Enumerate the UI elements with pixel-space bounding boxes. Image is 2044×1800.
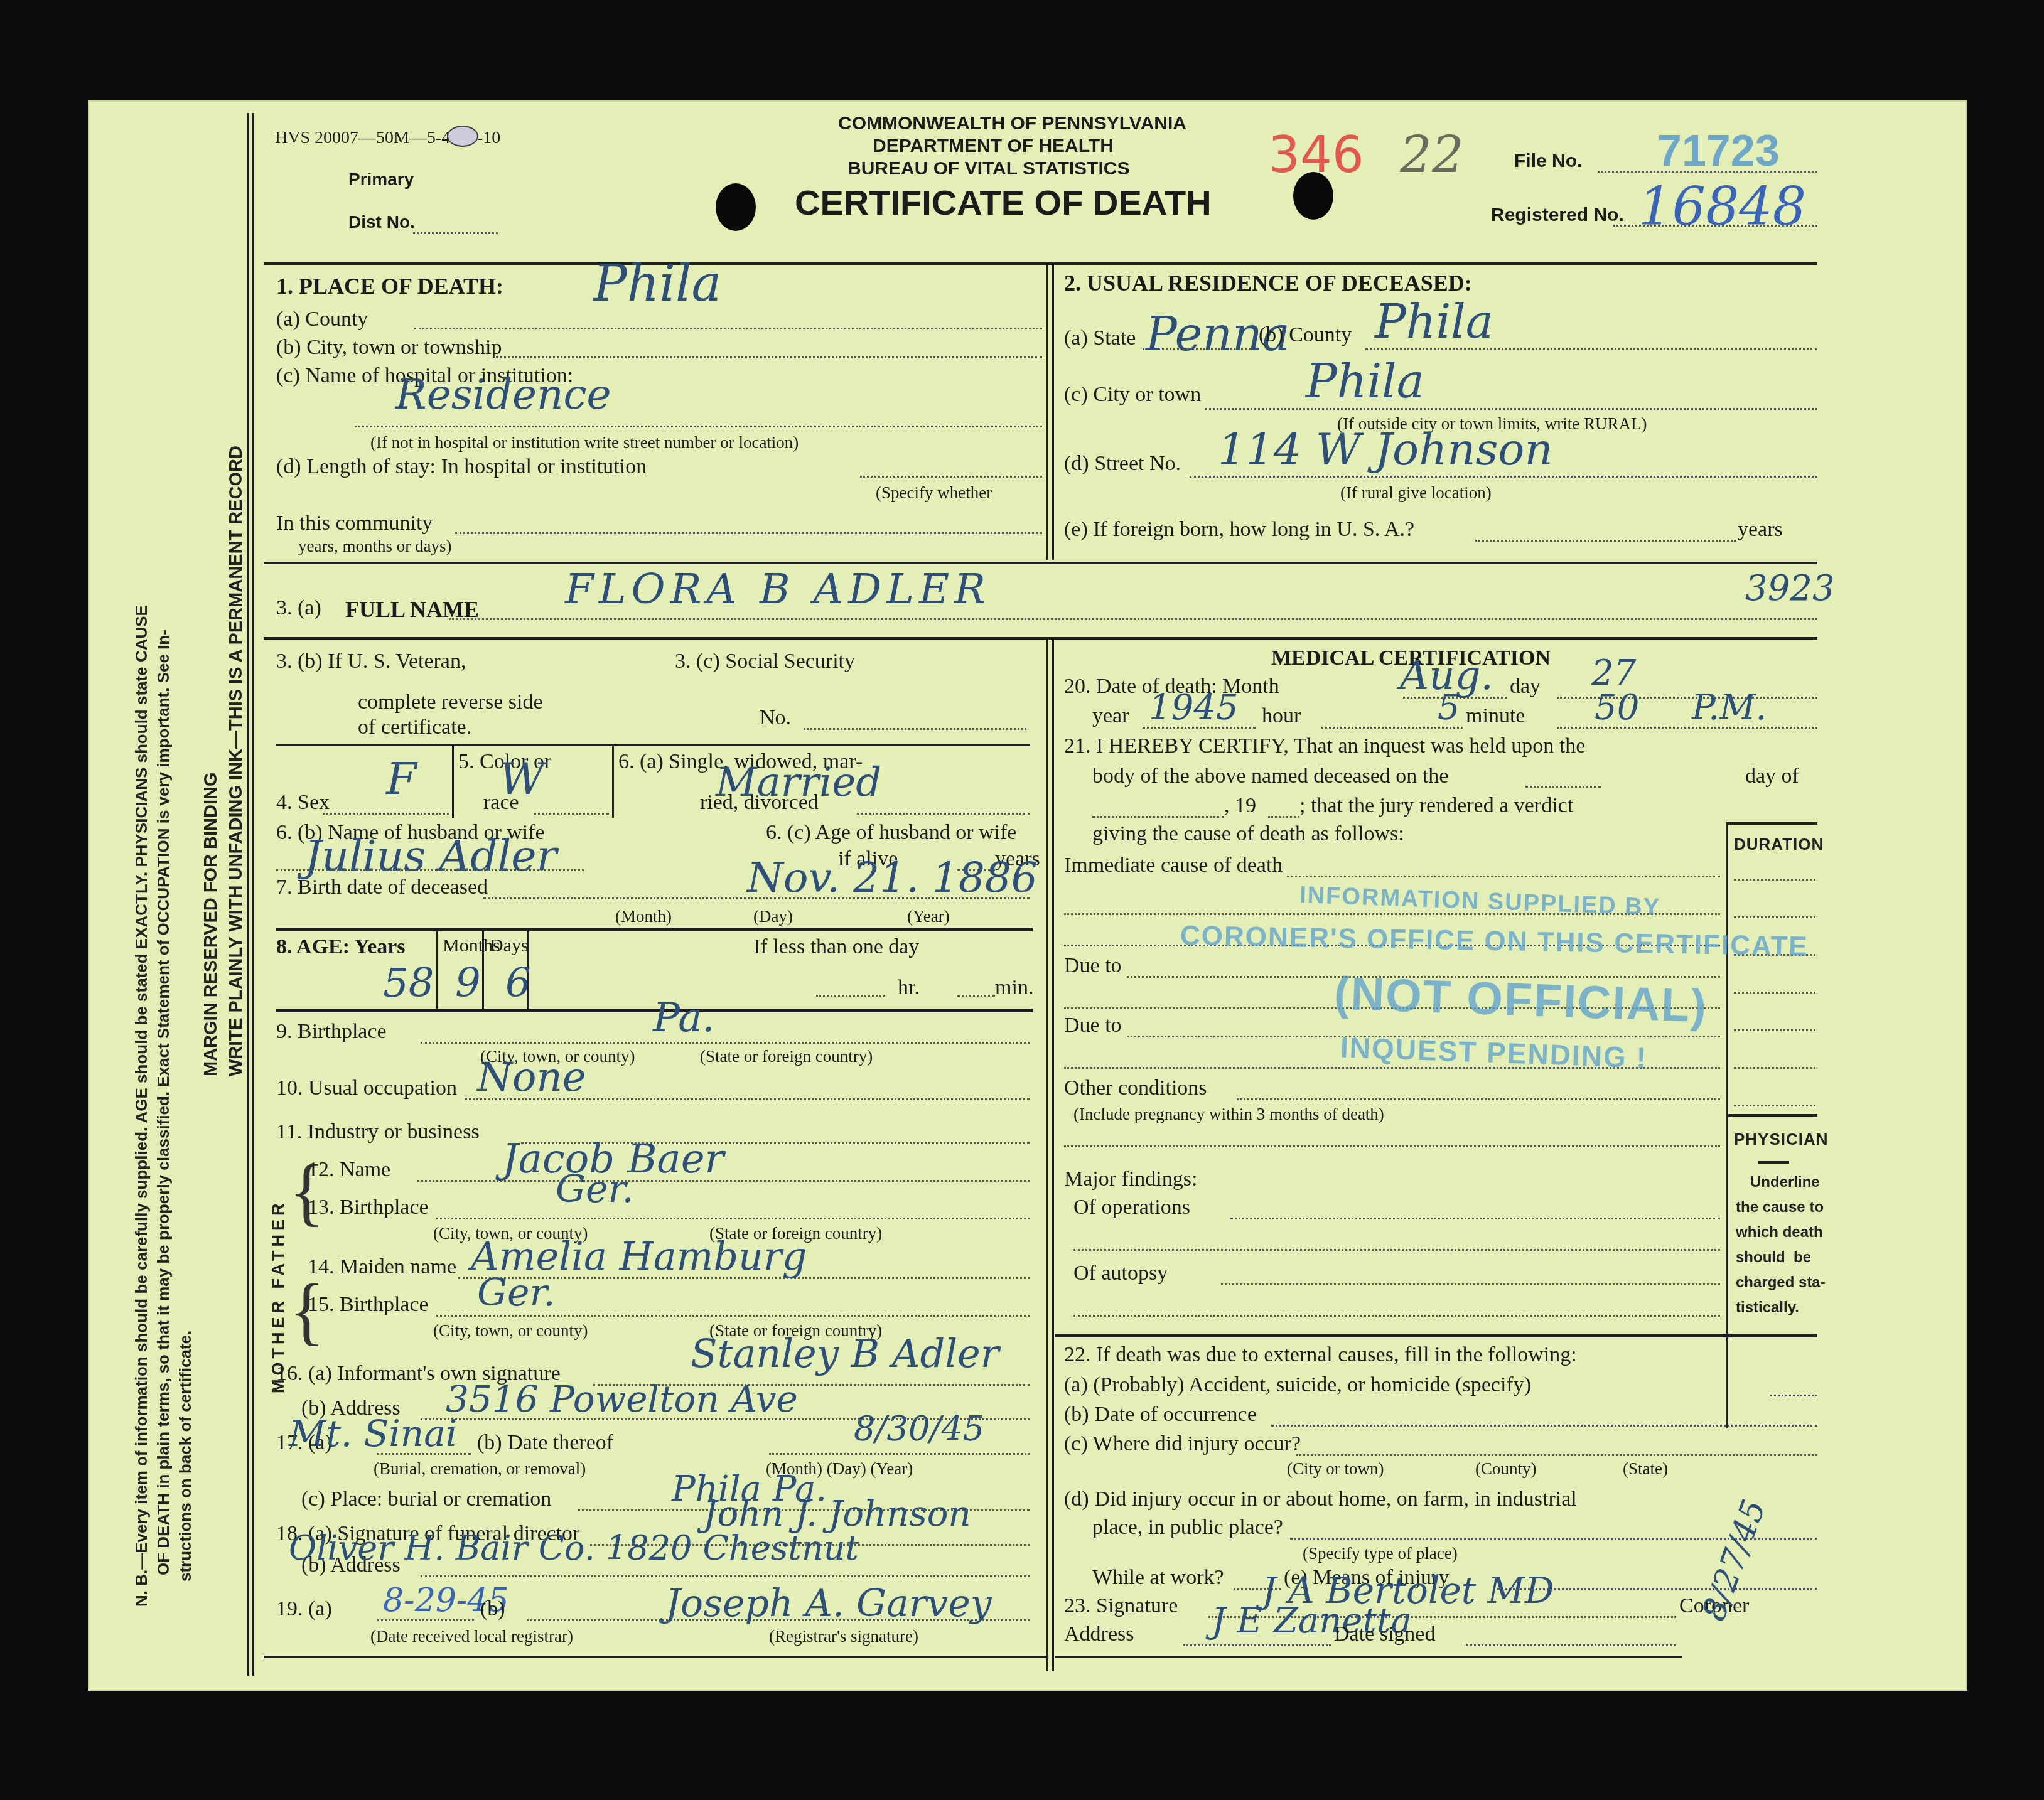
occurrence-date-label: (b) Date of occurrence	[1064, 1403, 1257, 1427]
external-causes-heading: 22. If death was due to external causes,…	[1064, 1343, 1577, 1367]
age-days-value: 6	[505, 960, 531, 1007]
death-certificate: MARGIN RESERVED FOR BINDING WRITE PLAINL…	[88, 100, 1967, 1691]
stay-label: (d) Length of stay: In hospital or insti…	[276, 455, 647, 479]
operations-label: Of operations	[1073, 1196, 1190, 1219]
inquest-month-field[interactable]	[1092, 816, 1224, 818]
death-city-field[interactable]	[496, 356, 1042, 358]
age-label: 8. AGE: Years	[276, 935, 406, 958]
foreign-born-label: (e) If foreign born, how long in U. S. A…	[1064, 518, 1414, 542]
autopsy-label: Of autopsy	[1073, 1262, 1168, 1285]
autopsy-field[interactable]	[1221, 1283, 1720, 1285]
other-conditions-field[interactable]	[1237, 1098, 1720, 1100]
hospital-note: (If not in hospital or institution write…	[370, 433, 799, 453]
other-conditions-label: Other conditions	[1064, 1076, 1207, 1100]
minutes-field[interactable]	[957, 995, 995, 997]
death-hour-value: 5	[1438, 687, 1460, 728]
physician-heading: PHYSICIAN	[1734, 1130, 1829, 1149]
disposition-date-value: 8/30/45	[854, 1409, 984, 1449]
date-received-note: (Date received local registrar)	[370, 1627, 573, 1646]
residence-county-label: (b) County	[1259, 323, 1352, 347]
date-received-label: 19. (a)	[276, 1597, 332, 1621]
registrar-label: (b)	[480, 1597, 505, 1621]
section-rule	[264, 562, 1817, 564]
certify-line-4: giving the cause of death as follows:	[1092, 822, 1404, 846]
header-line1: COMMONWEALTH OF PENNSYLVANIA	[838, 113, 1186, 134]
informant-address-value: 3516 Powelton Ave	[446, 1378, 798, 1420]
coroner-signature-label: 23. Signature	[1064, 1594, 1178, 1618]
father-birthplace-label: 13. Birthplace	[308, 1196, 429, 1219]
registered-no-value: 16848	[1638, 176, 1806, 237]
duration-box-top	[1726, 822, 1817, 825]
father-name-label: 12. Name	[308, 1158, 390, 1182]
injury-location-field[interactable]	[1296, 1454, 1817, 1456]
community-field[interactable]	[455, 532, 1042, 534]
duration-field[interactable]	[1734, 992, 1815, 994]
autopsy-field-2[interactable]	[1073, 1315, 1720, 1317]
duration-field[interactable]	[1734, 1105, 1815, 1106]
community-note: years, months or days)	[298, 537, 451, 556]
registrar-signature-note: (Registrar's signature)	[769, 1627, 918, 1646]
hours-field[interactable]	[816, 995, 885, 997]
foreign-born-field[interactable]	[1475, 540, 1736, 542]
pencil-annotation: 22	[1400, 126, 1464, 184]
margin-notice-line4: OF DEATH in plain terms, so that it may …	[154, 629, 173, 1575]
margin-notice-line2: WRITE PLAINLY WITH UNFADING INK—THIS IS …	[226, 446, 247, 1076]
form-code: HVS 20007—50M—5-44	[275, 128, 459, 148]
social-security-no-label: No.	[760, 706, 791, 730]
duration-field[interactable]	[1734, 916, 1815, 918]
physician-note-5: charged sta-	[1736, 1274, 1826, 1292]
injury-place-label: (d) Did injury occur in or about home, o…	[1064, 1487, 1577, 1511]
coroner-stamp-line2: CORONER'S OFFICE ON THIS CERTIFICATE	[1180, 920, 1809, 962]
column-divider	[1046, 639, 1048, 1671]
union-label-suffix: -10	[477, 128, 500, 148]
full-name-value: FLORA B ADLER	[565, 565, 991, 613]
place-of-death-heading: 1. PLACE OF DEATH:	[276, 273, 503, 299]
file-no-value: 71723	[1657, 126, 1780, 176]
father-birthplace-field[interactable]	[436, 1218, 1030, 1219]
date-received-field[interactable]	[377, 1619, 474, 1621]
header-line2: DEPARTMENT OF HEALTH	[873, 136, 1114, 157]
other-conditions-note: (Include pregnancy within 3 months of de…	[1073, 1105, 1384, 1124]
sex-field[interactable]	[323, 813, 449, 815]
spouse-name-value: Julius Adler	[304, 832, 557, 881]
occupation-value: None	[477, 1054, 586, 1101]
registered-no-label: Registered No.	[1491, 205, 1624, 226]
birth-year-note: (Year)	[907, 907, 950, 926]
cell-divider	[436, 930, 438, 1009]
injury-place-note: (Specify type of place)	[1303, 1544, 1458, 1563]
full-name-number: 3. (a)	[276, 596, 321, 620]
spouse-age-label: 6. (c) Age of husband or wife	[766, 821, 1016, 845]
birthplace-label: 9. Birthplace	[276, 1020, 387, 1044]
death-hour-label: hour	[1262, 704, 1301, 728]
dist-no-field[interactable]	[413, 232, 498, 234]
age-years-label: 8. AGE: Years	[276, 935, 406, 959]
mother-birthplace-field[interactable]	[436, 1315, 1030, 1317]
margin-notice-line3: N. B.—Every item of information should b…	[132, 605, 151, 1607]
disposition-date-label: (b) Date thereof	[477, 1431, 613, 1455]
accident-field[interactable]	[1770, 1395, 1817, 1396]
section-rule	[276, 928, 1033, 931]
disposition-date-field[interactable]	[769, 1453, 1030, 1455]
immediate-cause-field[interactable]	[1287, 876, 1720, 877]
funeral-address-field[interactable]	[421, 1575, 1030, 1577]
age-days-label: Days	[490, 935, 529, 956]
union-label-icon	[447, 126, 478, 147]
mother-birthplace-value: Ger.	[477, 1271, 556, 1315]
full-name-field[interactable]	[449, 618, 1817, 620]
residence-city-label: (c) City or town	[1064, 383, 1201, 407]
margin-notice-line1: MARGIN RESERVED FOR BINDING	[201, 773, 222, 1076]
duration-field[interactable]	[1734, 879, 1815, 881]
margin-notice-line5: structions on back of certificate.	[176, 1331, 195, 1582]
dist-no-label: Dist No.	[348, 212, 415, 232]
stay-field[interactable]	[860, 476, 1042, 478]
section-rule	[264, 1656, 1048, 1658]
birthplace-value: Pa.	[653, 995, 715, 1041]
residence-city-value: Phila	[1306, 355, 1424, 409]
coroner-address-field[interactable]	[1183, 1644, 1331, 1646]
immediate-cause-label: Immediate cause of death	[1064, 854, 1283, 877]
sex-label: 4. Sex	[276, 791, 330, 815]
veteran-label-2: complete reverse side	[358, 690, 543, 714]
injury-county-note: (County)	[1475, 1459, 1537, 1479]
residence-state-label: (a) State	[1064, 326, 1136, 350]
due-to-label-2: Due to	[1064, 1014, 1122, 1037]
death-county-value: Phila	[593, 254, 721, 313]
social-security-label: 3. (c) Social Security	[675, 650, 855, 673]
injury-place-label-2: place, in public place?	[1092, 1516, 1283, 1540]
death-minute-value: 50	[1595, 687, 1639, 728]
residence-street-note: (If rural give location)	[1340, 483, 1492, 503]
inquest-day-field[interactable]	[1525, 786, 1601, 788]
operations-field[interactable]	[1230, 1218, 1720, 1219]
registrar-signature-value: Joseph A. Garvey	[665, 1582, 992, 1626]
marital-value: Married	[716, 759, 881, 806]
injury-city-note: (City or town)	[1287, 1459, 1384, 1479]
birthplace-field[interactable]	[421, 1042, 1030, 1044]
mother-city-note: (City, town, or county)	[433, 1321, 588, 1341]
hospital-value: Residence	[395, 370, 611, 419]
age-years-value: 58	[383, 960, 434, 1007]
funeral-address-value: Oliver H. Bair Co. 1820 Chestnut	[289, 1528, 859, 1568]
certificate-title: CERTIFICATE OF DEATH	[795, 182, 1212, 223]
foreign-born-unit: years	[1738, 518, 1783, 542]
section-rule	[264, 262, 1817, 265]
residence-city-field[interactable]	[1205, 408, 1817, 410]
certify-day-of: day of	[1745, 764, 1799, 788]
duration-field[interactable]	[1734, 1029, 1815, 1031]
spouse-name-field[interactable]	[276, 869, 584, 871]
disposition-note: (Burial, cremation, or removal)	[374, 1459, 586, 1479]
punch-hole	[716, 183, 756, 231]
race-value: W	[499, 753, 544, 805]
physician-dash	[1758, 1161, 1789, 1164]
certify-line-1: 21. I HEREBY CERTIFY, That an inquest wa…	[1064, 734, 1585, 758]
occupation-label: 10. Usual occupation	[276, 1076, 457, 1100]
father-birthplace-value: Ger.	[556, 1167, 634, 1211]
informant-signature-value: Stanley B Adler	[691, 1331, 999, 1376]
due-to-label-1: Due to	[1064, 954, 1122, 978]
industry-label: 11. Industry or business	[276, 1120, 480, 1144]
cell-divider	[452, 746, 454, 818]
other-conditions-field-2[interactable]	[1064, 1145, 1720, 1147]
occurrence-date-field[interactable]	[1271, 1425, 1817, 1427]
red-annotation: 346	[1268, 126, 1364, 184]
death-city-label: (b) City, town or township	[276, 336, 502, 360]
burial-place-label: (c) Place: burial or cremation	[301, 1487, 551, 1511]
community-label: In this community	[276, 512, 433, 535]
physician-note-1: Underline	[1750, 1174, 1820, 1191]
father-label: FATHER	[269, 1199, 288, 1288]
birthplace-state-note: (State or foreign country)	[700, 1047, 873, 1066]
cell-divider	[612, 746, 614, 818]
physician-note-6: tistically.	[1736, 1299, 1799, 1317]
side-number: 3923	[1745, 568, 1835, 609]
sex-value: F	[386, 753, 417, 805]
date-signed-label: Date signed	[1334, 1622, 1435, 1646]
death-year-value: 1945	[1149, 687, 1239, 728]
certify-line-3: ; that the jury rendered a verdict	[1299, 794, 1573, 818]
residence-street-field[interactable]	[1190, 476, 1817, 478]
residence-street-value: 114 W Johnson	[1218, 424, 1553, 475]
social-security-field[interactable]	[804, 728, 1026, 730]
certify-line-2: body of the above named deceased on the	[1092, 764, 1448, 788]
hospital-field[interactable]	[355, 426, 1042, 427]
marital-field[interactable]	[857, 813, 1030, 815]
primary-label: Primary	[348, 169, 414, 190]
coroner-stamp-line1: INFORMATION SUPPLIED BY	[1299, 882, 1660, 921]
death-county-label: (a) County	[276, 308, 368, 331]
disposition-value: Mt. Sinai	[289, 1412, 457, 1455]
birth-month-note: (Month)	[615, 907, 672, 926]
death-minute-label: minute	[1466, 704, 1525, 728]
physician-box-top	[1726, 1114, 1817, 1117]
date-signed-value: 8/27/45	[1695, 1495, 1773, 1626]
section-rule	[264, 637, 1817, 640]
margin-rule	[252, 113, 254, 1676]
inquest-year-field[interactable]	[1268, 816, 1299, 818]
specify-note: (Specify whether	[876, 483, 992, 503]
birth-day-note: (Day)	[753, 907, 793, 926]
hours-label: hr.	[898, 976, 920, 1000]
veteran-label: 3. (b) If U. S. Veteran,	[276, 650, 466, 673]
minutes-label: min.	[995, 976, 1033, 1000]
mother-name-label: 14. Maiden name	[308, 1255, 456, 1279]
accident-label: (a) (Probably) Accident, suicide, or hom…	[1064, 1373, 1531, 1397]
margin-rule	[247, 113, 249, 1676]
operations-field-2[interactable]	[1073, 1249, 1720, 1251]
date-signed-field[interactable]	[1466, 1644, 1676, 1646]
column-divider	[1046, 265, 1048, 560]
usual-residence-heading: 2. USUAL RESIDENCE OF DECEASED:	[1064, 270, 1472, 296]
injury-state-note: (State)	[1623, 1459, 1668, 1479]
major-findings-label: Major findings:	[1064, 1167, 1197, 1191]
certify-year-prefix: , 19	[1224, 794, 1256, 818]
residence-street-label: (d) Street No.	[1064, 452, 1181, 476]
section-rule	[276, 744, 1030, 746]
column-divider	[1052, 265, 1054, 560]
death-year-label: year	[1092, 704, 1129, 728]
section-rule	[1055, 1656, 1682, 1658]
section-rule	[1055, 1334, 1817, 1337]
death-day-label: day	[1510, 675, 1541, 699]
duration-field[interactable]	[1734, 1067, 1815, 1069]
death-county-field[interactable]	[414, 328, 1042, 329]
birth-date-value: Nov. 21. 1886	[747, 854, 1038, 902]
birth-date-label: 7. Birth date of deceased	[276, 876, 488, 899]
injury-location-label: (c) Where did injury occur?	[1064, 1432, 1301, 1456]
column-divider	[1052, 639, 1054, 1671]
physician-note-4: should be	[1736, 1249, 1811, 1267]
coroner-address-label: Address	[1064, 1622, 1134, 1646]
physician-note-3: which death	[1736, 1224, 1823, 1241]
file-no-label: File No.	[1514, 151, 1582, 172]
while-at-work-label: While at work?	[1092, 1566, 1224, 1590]
less-than-day-label: If less than one day	[753, 935, 919, 959]
veteran-label-3: of certificate.	[358, 715, 471, 739]
residence-county-value: Phila	[1375, 295, 1493, 349]
age-months-value: 9	[455, 960, 481, 1007]
physician-note-2: the cause to	[1736, 1199, 1824, 1216]
race-field[interactable]	[534, 813, 609, 815]
death-ampm-value: P.M.	[1692, 687, 1767, 728]
mother-birthplace-label: 15. Birthplace	[308, 1293, 429, 1317]
header-line3: BUREAU OF VITAL STATISTICS	[847, 158, 1129, 179]
duration-heading: DURATION	[1734, 835, 1824, 854]
